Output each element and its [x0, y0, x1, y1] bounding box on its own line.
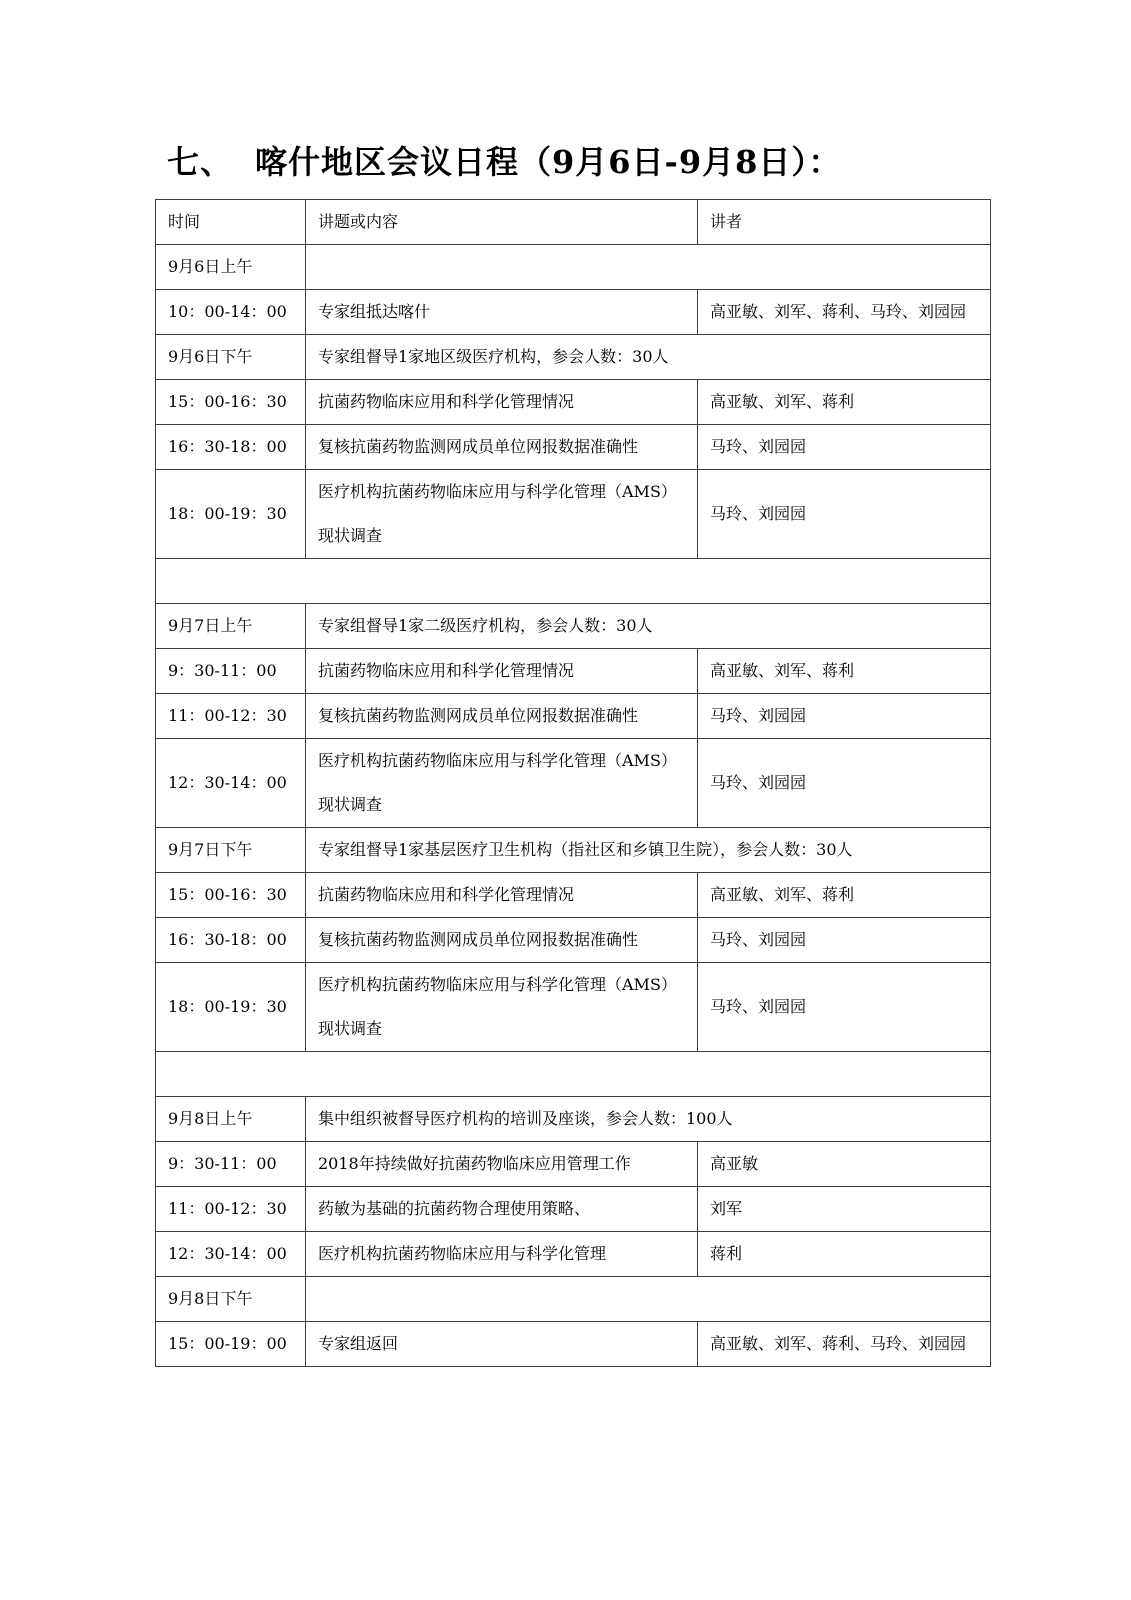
topic-cell: 医疗机构抗菌药物临床应用与科学化管理（AMS）现状调查 [306, 963, 698, 1052]
header-speaker: 讲者 [698, 200, 991, 245]
speaker-cell: 马玲、刘园园 [698, 425, 991, 470]
table-body: 9月6日上午10：00-14：00专家组抵达喀什高亚敏、刘军、蒋利、马玲、刘园园… [156, 245, 991, 1367]
separator-cell [156, 1052, 991, 1097]
speaker-cell: 高亚敏、刘军、蒋利 [698, 873, 991, 918]
table-row: 9月6日上午 [156, 245, 991, 290]
table-row: 9月7日下午专家组督导1家基层医疗卫生机构（指社区和乡镇卫生院），参会人数：30… [156, 828, 991, 873]
section-content-cell: 集中组织被督导医疗机构的培训及座谈，参会人数：100人 [306, 1097, 991, 1142]
table-row: 9：30-11：002018年持续做好抗菌药物临床应用管理工作高亚敏 [156, 1142, 991, 1187]
time-cell: 9月6日上午 [156, 245, 306, 290]
time-cell: 9月7日上午 [156, 604, 306, 649]
time-cell: 9：30-11：00 [156, 649, 306, 694]
time-cell: 9月7日下午 [156, 828, 306, 873]
table-row [156, 559, 991, 604]
topic-cell: 医疗机构抗菌药物临床应用与科学化管理（AMS）现状调查 [306, 739, 698, 828]
time-cell: 9月6日下午 [156, 335, 306, 380]
table-row: 15：00-16：30抗菌药物临床应用和科学化管理情况高亚敏、刘军、蒋利 [156, 873, 991, 918]
table-row: 18：00-19：30医疗机构抗菌药物临床应用与科学化管理（AMS）现状调查马玲… [156, 963, 991, 1052]
table-row: 15：00-19：00专家组返回高亚敏、刘军、蒋利、马玲、刘园园 [156, 1322, 991, 1367]
table-row: 9月8日上午集中组织被督导医疗机构的培训及座谈，参会人数：100人 [156, 1097, 991, 1142]
topic-cell: 医疗机构抗菌药物临床应用与科学化管理 [306, 1232, 698, 1277]
separator-cell [156, 559, 991, 604]
time-cell: 16：30-18：00 [156, 425, 306, 470]
time-cell: 9月8日上午 [156, 1097, 306, 1142]
time-cell: 15：00-19：00 [156, 1322, 306, 1367]
time-cell: 18：00-19：30 [156, 470, 306, 559]
speaker-cell: 马玲、刘园园 [698, 918, 991, 963]
table-row: 16：30-18：00复核抗菌药物监测网成员单位网报数据准确性马玲、刘园园 [156, 918, 991, 963]
topic-cell: 药敏为基础的抗菌药物合理使用策略、 [306, 1187, 698, 1232]
time-cell: 10：00-14：00 [156, 290, 306, 335]
table-row: 11：00-12：30药敏为基础的抗菌药物合理使用策略、刘军 [156, 1187, 991, 1232]
time-cell: 12：30-14：00 [156, 1232, 306, 1277]
time-cell: 16：30-18：00 [156, 918, 306, 963]
speaker-cell: 高亚敏 [698, 1142, 991, 1187]
topic-cell: 抗菌药物临床应用和科学化管理情况 [306, 873, 698, 918]
time-cell: 11：00-12：30 [156, 1187, 306, 1232]
table-row: 10：00-14：00专家组抵达喀什高亚敏、刘军、蒋利、马玲、刘园园 [156, 290, 991, 335]
speaker-cell: 刘军 [698, 1187, 991, 1232]
speaker-cell: 高亚敏、刘军、蒋利、马玲、刘园园 [698, 290, 991, 335]
table-row: 11：00-12：30复核抗菌药物监测网成员单位网报数据准确性马玲、刘园园 [156, 694, 991, 739]
time-cell: 15：00-16：30 [156, 873, 306, 918]
table-row: 9：30-11：00抗菌药物临床应用和科学化管理情况高亚敏、刘军、蒋利 [156, 649, 991, 694]
time-cell: 15：00-16：30 [156, 380, 306, 425]
header-topic: 讲题或内容 [306, 200, 698, 245]
topic-cell: 复核抗菌药物监测网成员单位网报数据准确性 [306, 918, 698, 963]
table-row: 9月7日上午专家组督导1家二级医疗机构，参会人数：30人 [156, 604, 991, 649]
speaker-cell: 高亚敏、刘军、蒋利 [698, 649, 991, 694]
header-time: 时间 [156, 200, 306, 245]
section-content-cell: 专家组督导1家地区级医疗机构，参会人数：30人 [306, 335, 991, 380]
topic-cell: 专家组返回 [306, 1322, 698, 1367]
time-cell: 11：00-12：30 [156, 694, 306, 739]
section-content-cell [306, 245, 991, 290]
table-row: 18：00-19：30医疗机构抗菌药物临床应用与科学化管理（AMS）现状调查马玲… [156, 470, 991, 559]
speaker-cell: 马玲、刘园园 [698, 470, 991, 559]
table-row: 9月8日下午 [156, 1277, 991, 1322]
speaker-cell: 马玲、刘园园 [698, 739, 991, 828]
time-cell: 18：00-19：30 [156, 963, 306, 1052]
speaker-cell: 马玲、刘园园 [698, 694, 991, 739]
table-row: 16：30-18：00复核抗菌药物监测网成员单位网报数据准确性马玲、刘园园 [156, 425, 991, 470]
topic-cell: 复核抗菌药物监测网成员单位网报数据准确性 [306, 694, 698, 739]
section-content-cell: 专家组督导1家二级医疗机构，参会人数：30人 [306, 604, 991, 649]
speaker-cell: 马玲、刘园园 [698, 963, 991, 1052]
topic-cell: 专家组抵达喀什 [306, 290, 698, 335]
table-row [156, 1052, 991, 1097]
page-title-number: 七、 [167, 143, 233, 181]
page-title-text: 喀什地区会议日程（9月6日-9月8日）： [255, 143, 841, 181]
time-cell: 9月8日下午 [156, 1277, 306, 1322]
section-content-cell [306, 1277, 991, 1322]
topic-cell: 抗菌药物临床应用和科学化管理情况 [306, 380, 698, 425]
time-cell: 12：30-14：00 [156, 739, 306, 828]
section-content-cell: 专家组督导1家基层医疗卫生机构（指社区和乡镇卫生院），参会人数：30人 [306, 828, 991, 873]
table-row: 12：30-14：00医疗机构抗菌药物临床应用与科学化管理（AMS）现状调查马玲… [156, 739, 991, 828]
topic-cell: 2018年持续做好抗菌药物临床应用管理工作 [306, 1142, 698, 1187]
table-row: 15：00-16：30抗菌药物临床应用和科学化管理情况高亚敏、刘军、蒋利 [156, 380, 991, 425]
speaker-cell: 高亚敏、刘军、蒋利、马玲、刘园园 [698, 1322, 991, 1367]
time-cell: 9：30-11：00 [156, 1142, 306, 1187]
page-title: 七、喀什地区会议日程（9月6日-9月8日）： [167, 137, 1131, 183]
topic-cell: 复核抗菌药物监测网成员单位网报数据准确性 [306, 425, 698, 470]
speaker-cell: 蒋利 [698, 1232, 991, 1277]
schedule-table: 时间 讲题或内容 讲者 9月6日上午10：00-14：00专家组抵达喀什高亚敏、… [155, 199, 991, 1367]
document-page: 七、喀什地区会议日程（9月6日-9月8日）： 时间 讲题或内容 讲者 9月6日上… [0, 0, 1131, 1600]
speaker-cell: 高亚敏、刘军、蒋利 [698, 380, 991, 425]
table-header-row: 时间 讲题或内容 讲者 [156, 200, 991, 245]
topic-cell: 抗菌药物临床应用和科学化管理情况 [306, 649, 698, 694]
table-row: 12：30-14：00医疗机构抗菌药物临床应用与科学化管理蒋利 [156, 1232, 991, 1277]
table-row: 9月6日下午专家组督导1家地区级医疗机构，参会人数：30人 [156, 335, 991, 380]
topic-cell: 医疗机构抗菌药物临床应用与科学化管理（AMS）现状调查 [306, 470, 698, 559]
